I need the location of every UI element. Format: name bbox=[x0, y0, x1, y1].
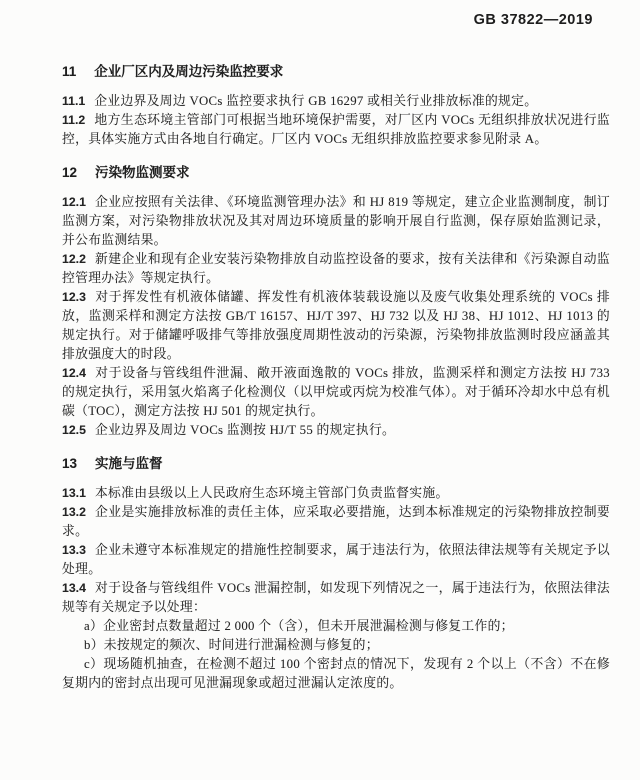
section-title: 实施与监督 bbox=[95, 456, 163, 471]
document-body: 11企业厂区内及周边污染监控要求 11.1企业边界及周边 VOCs 监控要求执行… bbox=[0, 28, 640, 693]
section-title: 污染物监测要求 bbox=[95, 165, 190, 180]
clause-number: 13.1 bbox=[62, 486, 86, 500]
clause-12-1: 12.1企业应按照有关法律、《环境监测管理办法》和 HJ 819 等规定，建立企… bbox=[62, 193, 610, 250]
clause-text: 企业边界及周边 VOCs 监测按 HJ/T 55 的规定执行。 bbox=[95, 423, 395, 437]
clause-13-3: 13.3企业未遵守本标准规定的措施性控制要求，属于违法行为，依照法律法规等有关规… bbox=[62, 541, 610, 579]
document-number-header: GB 37822—2019 bbox=[0, 0, 640, 28]
section-number: 11 bbox=[62, 64, 76, 79]
section-13-heading: 13实施与监督 bbox=[62, 455, 610, 472]
clause-text: 对于设备与管线组件 VOCs 泄漏控制，如发现下列情况之一，属于违法行为，依照法… bbox=[62, 581, 610, 614]
clause-12-3: 12.3对于挥发性有机液体储罐、挥发性有机液体装载设施以及废气收集处理系统的 V… bbox=[62, 288, 610, 364]
list-item-c: c）现场随机抽查，在检测不超过 100 个密封点的情况下，发现有 2 个以上（不… bbox=[62, 655, 610, 693]
section-number: 12 bbox=[62, 165, 77, 180]
clause-text: 企业未遵守本标准规定的措施性控制要求，属于违法行为，依照法律法规等有关规定予以处… bbox=[62, 543, 610, 576]
clause-number: 11.1 bbox=[62, 94, 85, 108]
section-11-heading: 11企业厂区内及周边污染监控要求 bbox=[62, 63, 610, 80]
clause-12-2: 12.2新建企业和现有企业安装污染物排放自动监控设备的要求，按有关法律和《污染源… bbox=[62, 250, 610, 288]
clause-text: 企业是实施排放标准的责任主体，应采取必要措施，达到本标准规定的污染物排放控制要求… bbox=[62, 505, 610, 538]
clause-number: 13.2 bbox=[62, 505, 86, 519]
clause-number: 12.1 bbox=[62, 195, 86, 209]
clause-13-4: 13.4对于设备与管线组件 VOCs 泄漏控制，如发现下列情况之一，属于违法行为… bbox=[62, 579, 610, 617]
clause-text: 对于挥发性有机液体储罐、挥发性有机液体装载设施以及废气收集处理系统的 VOCs … bbox=[62, 290, 610, 361]
clause-number: 12.4 bbox=[62, 366, 86, 380]
clause-text: 地方生态环境主管部门可根据当地环境保护需要，对厂区内 VOCs 无组织排放状况进… bbox=[62, 113, 610, 146]
clause-number: 13.4 bbox=[62, 581, 86, 595]
clause-text: 新建企业和现有企业安装污染物排放自动监控设备的要求，按有关法律和《污染源自动监控… bbox=[62, 252, 610, 285]
clause-13-2: 13.2企业是实施排放标准的责任主体，应采取必要措施，达到本标准规定的污染物排放… bbox=[62, 503, 610, 541]
section-title: 企业厂区内及周边污染监控要求 bbox=[94, 64, 283, 79]
section-number: 13 bbox=[62, 456, 77, 471]
clause-number: 12.3 bbox=[62, 290, 86, 304]
clause-11-1: 11.1企业边界及周边 VOCs 监控要求执行 GB 16297 或相关行业排放… bbox=[62, 92, 610, 111]
clause-12-5: 12.5企业边界及周边 VOCs 监测按 HJ/T 55 的规定执行。 bbox=[62, 421, 610, 440]
clause-text: 本标准由县级以上人民政府生态环境主管部门负责监督实施。 bbox=[95, 486, 449, 500]
clause-13-1: 13.1本标准由县级以上人民政府生态环境主管部门负责监督实施。 bbox=[62, 484, 610, 503]
list-item-b: b）未按规定的频次、时间进行泄漏检测与修复的； bbox=[62, 636, 610, 655]
clause-text: 对于设备与管线组件泄漏、敞开液面逸散的 VOCs 排放，监测采样和测定方法按 H… bbox=[62, 366, 610, 418]
section-12-heading: 12污染物监测要求 bbox=[62, 164, 610, 181]
clause-number: 12.5 bbox=[62, 423, 86, 437]
document-page: GB 37822—2019 11企业厂区内及周边污染监控要求 11.1企业边界及… bbox=[0, 0, 640, 780]
clause-number: 12.2 bbox=[62, 252, 86, 266]
clause-number: 13.3 bbox=[62, 543, 86, 557]
clause-number: 11.2 bbox=[62, 113, 85, 127]
clause-text: 企业应按照有关法律、《环境监测管理办法》和 HJ 819 等规定，建立企业监测制… bbox=[62, 195, 610, 247]
clause-11-2: 11.2地方生态环境主管部门可根据当地环境保护需要，对厂区内 VOCs 无组织排… bbox=[62, 111, 610, 149]
clause-12-4: 12.4对于设备与管线组件泄漏、敞开液面逸散的 VOCs 排放，监测采样和测定方… bbox=[62, 364, 610, 421]
list-item-a: a）企业密封点数量超过 2 000 个（含），但未开展泄漏检测与修复工作的； bbox=[62, 617, 610, 636]
clause-text: 企业边界及周边 VOCs 监控要求执行 GB 16297 或相关行业排放标准的规… bbox=[94, 94, 537, 108]
